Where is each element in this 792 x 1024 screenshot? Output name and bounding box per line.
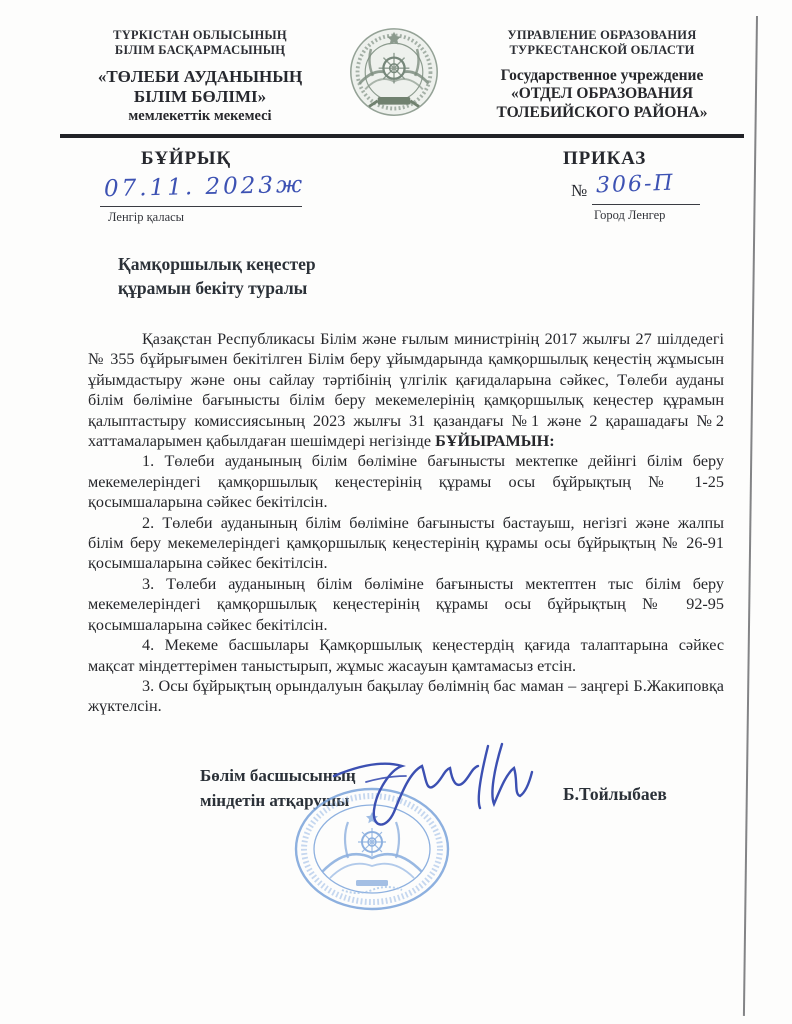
kazakhstan-state-emblem-icon (346, 24, 442, 122)
header-right-block: УПРАВЛЕНИЕ ОБРАЗОВАНИЯ ТУРКЕСТАНСКОЙ ОБЛ… (452, 28, 752, 122)
preamble-text: Қазақстан Республикасы Білім және ғылым … (88, 330, 724, 450)
handwritten-signature (330, 742, 535, 834)
order-title-kk: БҰЙРЫҚ (141, 148, 231, 170)
order-subject-line2: құрамын бекіту туралы (118, 276, 316, 300)
preamble-paragraph: Қазақстан Республикасы Білім және ғылым … (88, 329, 724, 451)
handwritten-order-number: 306-П (596, 171, 675, 199)
header-left-org-line1: «ТӨЛЕБИ АУДАНЫНЫҢ (58, 67, 342, 87)
header-right-org-type: Государственное учреждение (452, 67, 752, 85)
order-item-1: 1. Төлеби ауданының білім бөліміне бағын… (88, 451, 724, 512)
header-right-org-line2: ТОЛЕБИЙСКОГО РАЙОНА» (452, 104, 752, 123)
number-underline (592, 204, 700, 205)
header-divider-rule (60, 134, 744, 138)
handwritten-date: 07.11. 2023ж (104, 172, 306, 202)
header-left-authority-line1: ТҮРКІСТАН ОБЛЫСЫНЫҢ (58, 28, 342, 43)
preamble-resolve-word: БҰЙЫРАМЫН: (435, 432, 555, 450)
scan-edge-artifact (743, 16, 758, 1016)
header-left-authority-line2: БІЛІМ БАСҚАРМАСЫНЫҢ (58, 43, 342, 58)
header-right-authority-line1: УПРАВЛЕНИЕ ОБРАЗОВАНИЯ (452, 28, 752, 43)
order-subject-line1: Қамқоршылық кеңестер (118, 252, 316, 276)
header-left-org-line2: БІЛІМ БӨЛІМІ» (58, 87, 342, 107)
date-underline (100, 206, 302, 207)
header-left-block: ТҮРКІСТАН ОБЛЫСЫНЫҢ БІЛІМ БАСҚАРМАСЫНЫҢ … (58, 28, 342, 125)
number-sign-label: № (571, 181, 587, 201)
order-subject: Қамқоршылық кеңестер құрамын бекіту тура… (118, 252, 316, 300)
signatory-name: Б.Тойлыбаев (563, 784, 667, 805)
header-left-org-type: мемлекеттік мекемесі (58, 108, 342, 125)
place-label-kk: Ленгір қаласы (108, 210, 184, 225)
header-right-authority-line2: ТУРКЕСТАНСКОЙ ОБЛАСТИ (452, 43, 752, 58)
order-title-ru: ПРИКАЗ (563, 148, 646, 170)
order-item-5: 3. Осы бұйрықтың орындалуын бақылау бөлі… (88, 676, 724, 717)
order-item-4: 4. Мекеме басшылары Қамқоршылық кеңестер… (88, 635, 724, 676)
scanned-order-document: ТҮРКІСТАН ОБЛЫСЫНЫҢ БІЛІМ БАСҚАРМАСЫНЫҢ … (0, 0, 792, 1024)
order-item-3: 3. Төлеби ауданының білім бөліміне бағын… (88, 574, 724, 635)
order-item-2: 2. Төлеби ауданының білім бөліміне бағын… (88, 513, 724, 574)
place-label-ru: Город Ленгер (594, 208, 665, 223)
header-right-org-line1: «ОТДЕЛ ОБРАЗОВАНИЯ (452, 85, 752, 104)
order-body: Қазақстан Республикасы Білім және ғылым … (88, 329, 724, 717)
